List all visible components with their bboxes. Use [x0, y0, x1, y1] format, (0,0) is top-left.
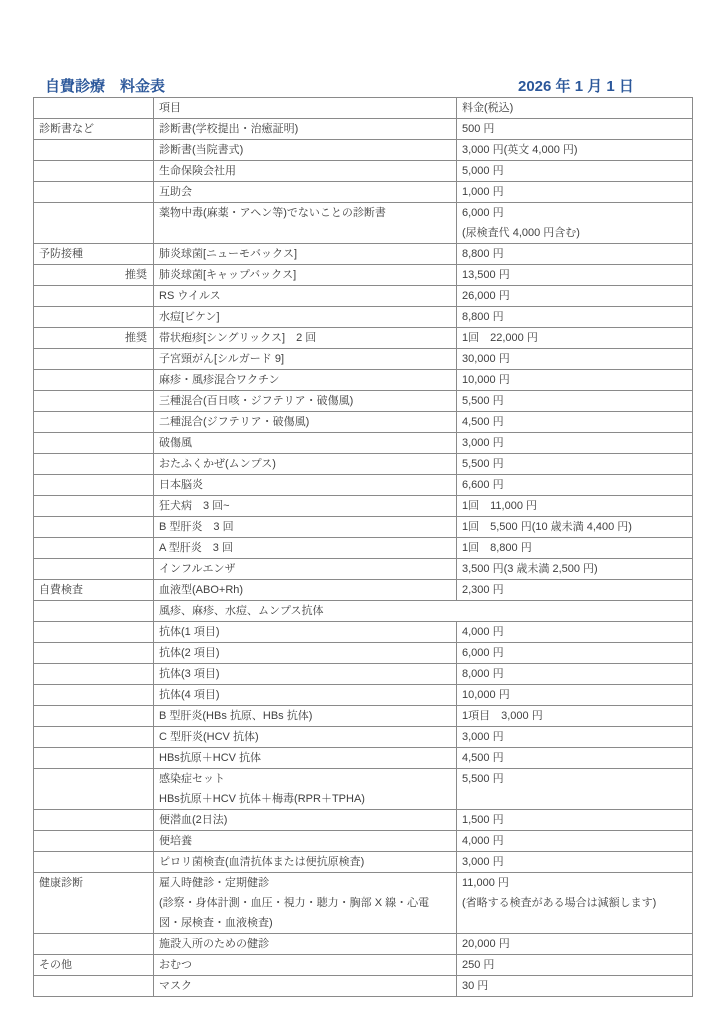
table-row: 水痘[ビケン]8,800 円	[34, 307, 693, 328]
fee-table-body: 項目 料金(税込) 診断書など診断書(学校提出・治癒証明)500 円診断書(当院…	[34, 98, 693, 997]
item-cell: 便潜血(2日法)	[154, 810, 457, 831]
price-cell: 5,000 円	[457, 161, 693, 182]
table-row: 推奨肺炎球菌[キャップバックス]13,500 円	[34, 265, 693, 286]
item-cell: 抗体(2 項目)	[154, 643, 457, 664]
item-cell: HBs抗原＋HCV 抗体	[154, 748, 457, 769]
table-row: 抗体(1 項目)4,000 円	[34, 622, 693, 643]
item-cell: 日本脳炎	[154, 475, 457, 496]
item-cell: B 型肝炎 3 回	[154, 517, 457, 538]
table-row: 便潜血(2日法)1,500 円	[34, 810, 693, 831]
price-cell: 6,000 円 (尿検査代 4,000 円含む)	[457, 203, 693, 244]
item-cell: 感染症セット HBs抗原＋HCV 抗体＋梅毒(RPR＋TPHA)	[154, 769, 457, 810]
table-row: B 型肝炎 3 回1回 5,500 円(10 歳未満 4,400 円)	[34, 517, 693, 538]
category-cell	[34, 706, 154, 727]
price-cell: 13,500 円	[457, 265, 693, 286]
price-cell: 1回 5,500 円(10 歳未満 4,400 円)	[457, 517, 693, 538]
price-cell: 1回 8,800 円	[457, 538, 693, 559]
item-cell: 子宮頸がん[シルガード 9]	[154, 349, 457, 370]
item-cell: 生命保険会社用	[154, 161, 457, 182]
category-cell	[34, 140, 154, 161]
price-cell: 10,000 円	[457, 685, 693, 706]
item-cell: 診断書(学校提出・治癒証明)	[154, 119, 457, 140]
table-row: HBs抗原＋HCV 抗体4,500 円	[34, 748, 693, 769]
category-cell	[34, 601, 154, 622]
item-cell: マスク	[154, 976, 457, 997]
table-row: 薬物中毒(麻薬・アヘン等)でないことの診断書6,000 円 (尿検査代 4,00…	[34, 203, 693, 244]
table-row: 抗体(2 項目)6,000 円	[34, 643, 693, 664]
price-cell: 26,000 円	[457, 286, 693, 307]
price-cell: 250 円	[457, 955, 693, 976]
table-row: 二種混合(ジフテリア・破傷風)4,500 円	[34, 412, 693, 433]
table-row: 破傷風3,000 円	[34, 433, 693, 454]
price-header-cell: 料金(税込)	[457, 98, 693, 119]
price-cell: 1,500 円	[457, 810, 693, 831]
table-row: 三種混合(百日咳・ジフテリア・破傷風)5,500 円	[34, 391, 693, 412]
table-row: 日本脳炎6,600 円	[34, 475, 693, 496]
item-cell: 抗体(4 項目)	[154, 685, 457, 706]
category-cell	[34, 433, 154, 454]
item-cell: 診断書(当院書式)	[154, 140, 457, 161]
category-cell	[34, 727, 154, 748]
item-cell: おむつ	[154, 955, 457, 976]
category-cell	[34, 349, 154, 370]
price-cell: 30 円	[457, 976, 693, 997]
category-cell	[34, 685, 154, 706]
table-row: RS ウイルス26,000 円	[34, 286, 693, 307]
category-cell	[34, 934, 154, 955]
category-cell	[34, 412, 154, 433]
price-cell: 30,000 円	[457, 349, 693, 370]
table-row: A 型肝炎 3 回1回 8,800 円	[34, 538, 693, 559]
price-cell: 3,000 円	[457, 433, 693, 454]
price-cell: 20,000 円	[457, 934, 693, 955]
table-row: C 型肝炎(HCV 抗体)3,000 円	[34, 727, 693, 748]
table-row: その他おむつ250 円	[34, 955, 693, 976]
table-row: ピロリ菌検査(血清抗体または便抗原検査)3,000 円	[34, 852, 693, 873]
price-cell: 4,500 円	[457, 748, 693, 769]
price-cell: 8,800 円	[457, 244, 693, 265]
category-cell	[34, 370, 154, 391]
category-cell: その他	[34, 955, 154, 976]
item-cell: 肺炎球菌[キャップバックス]	[154, 265, 457, 286]
price-cell: 3,000 円	[457, 727, 693, 748]
item-cell: 風疹、麻疹、水痘、ムンプス抗体	[154, 601, 693, 622]
category-cell	[34, 496, 154, 517]
table-row: 推奨帯状疱疹[シングリックス] 2 回1回 22,000 円	[34, 328, 693, 349]
category-cell	[34, 559, 154, 580]
category-cell: 健康診断	[34, 873, 154, 934]
recommend-tag-cell: 推奨	[34, 328, 154, 349]
table-row: マスク30 円	[34, 976, 693, 997]
item-cell: 抗体(1 項目)	[154, 622, 457, 643]
category-cell	[34, 852, 154, 873]
category-cell	[34, 391, 154, 412]
item-cell: RS ウイルス	[154, 286, 457, 307]
category-header-cell	[34, 98, 154, 119]
price-cell: 11,000 円 (省略する検査がある場合は減額します)	[457, 873, 693, 934]
item-cell: 施設入所のための健診	[154, 934, 457, 955]
item-header-cell: 項目	[154, 98, 457, 119]
item-cell: インフルエンザ	[154, 559, 457, 580]
table-row: 抗体(4 項目)10,000 円	[34, 685, 693, 706]
table-row: 風疹、麻疹、水痘、ムンプス抗体	[34, 601, 693, 622]
price-cell: 3,500 円(3 歳未満 2,500 円)	[457, 559, 693, 580]
price-cell: 4,000 円	[457, 831, 693, 852]
category-cell	[34, 538, 154, 559]
item-cell: 薬物中毒(麻薬・アヘン等)でないことの診断書	[154, 203, 457, 244]
item-cell: おたふくかぜ(ムンプス)	[154, 454, 457, 475]
item-cell: 水痘[ビケン]	[154, 307, 457, 328]
price-cell: 1,000 円	[457, 182, 693, 203]
category-cell	[34, 161, 154, 182]
price-cell: 8,000 円	[457, 664, 693, 685]
category-cell	[34, 976, 154, 997]
price-cell: 8,800 円	[457, 307, 693, 328]
table-row: B 型肝炎(HBs 抗原、HBs 抗体)1項目 3,000 円	[34, 706, 693, 727]
price-cell: 10,000 円	[457, 370, 693, 391]
category-cell: 自費検査	[34, 580, 154, 601]
item-cell: 狂犬病 3 回~	[154, 496, 457, 517]
price-cell: 6,600 円	[457, 475, 693, 496]
category-cell	[34, 622, 154, 643]
category-cell	[34, 182, 154, 203]
table-row: 抗体(3 項目)8,000 円	[34, 664, 693, 685]
category-cell	[34, 748, 154, 769]
table-row: 診断書(当院書式)3,000 円(英文 4,000 円)	[34, 140, 693, 161]
item-cell: 血液型(ABO+Rh)	[154, 580, 457, 601]
category-cell	[34, 831, 154, 852]
category-cell	[34, 810, 154, 831]
table-row: 狂犬病 3 回~1回 11,000 円	[34, 496, 693, 517]
table-row: インフルエンザ3,500 円(3 歳未満 2,500 円)	[34, 559, 693, 580]
table-row: 診断書など診断書(学校提出・治癒証明)500 円	[34, 119, 693, 140]
price-cell: 6,000 円	[457, 643, 693, 664]
price-cell: 5,500 円	[457, 769, 693, 810]
item-cell: 互助会	[154, 182, 457, 203]
item-cell: 肺炎球菌[ニューモバックス]	[154, 244, 457, 265]
item-cell: C 型肝炎(HCV 抗体)	[154, 727, 457, 748]
item-cell: 雇入時健診・定期健診 (診察・身体計測・血圧・視力・聴力・胸部 X 線・心電図・…	[154, 873, 457, 934]
price-cell: 5,500 円	[457, 454, 693, 475]
table-row: 便培養4,000 円	[34, 831, 693, 852]
page-date: 2026 年 1 月 1 日	[518, 75, 634, 96]
price-cell: 2,300 円	[457, 580, 693, 601]
price-cell: 5,500 円	[457, 391, 693, 412]
category-cell	[34, 475, 154, 496]
item-cell: 帯状疱疹[シングリックス] 2 回	[154, 328, 457, 349]
table-row: 生命保険会社用5,000 円	[34, 161, 693, 182]
category-cell: 予防接種	[34, 244, 154, 265]
item-cell: 三種混合(百日咳・ジフテリア・破傷風)	[154, 391, 457, 412]
item-cell: ピロリ菌検査(血清抗体または便抗原検査)	[154, 852, 457, 873]
item-cell: 二種混合(ジフテリア・破傷風)	[154, 412, 457, 433]
table-row: 麻疹・風疹混合ワクチン10,000 円	[34, 370, 693, 391]
table-header-row: 項目 料金(税込)	[34, 98, 693, 119]
item-cell: 便培養	[154, 831, 457, 852]
item-cell: 破傷風	[154, 433, 457, 454]
table-row: 互助会1,000 円	[34, 182, 693, 203]
category-cell: 診断書など	[34, 119, 154, 140]
price-cell: 1回 22,000 円	[457, 328, 693, 349]
price-cell: 500 円	[457, 119, 693, 140]
table-row: 子宮頸がん[シルガード 9]30,000 円	[34, 349, 693, 370]
recommend-tag-cell: 推奨	[34, 265, 154, 286]
category-cell	[34, 769, 154, 810]
page-title: 自費診療 料金表	[45, 75, 165, 96]
table-row: 施設入所のための健診20,000 円	[34, 934, 693, 955]
category-cell	[34, 286, 154, 307]
category-cell	[34, 307, 154, 328]
price-cell: 1回 11,000 円	[457, 496, 693, 517]
table-row: 健康診断雇入時健診・定期健診 (診察・身体計測・血圧・視力・聴力・胸部 X 線・…	[34, 873, 693, 934]
price-cell: 3,000 円(英文 4,000 円)	[457, 140, 693, 161]
price-cell: 4,500 円	[457, 412, 693, 433]
table-row: 自費検査血液型(ABO+Rh)2,300 円	[34, 580, 693, 601]
table-row: 感染症セット HBs抗原＋HCV 抗体＋梅毒(RPR＋TPHA)5,500 円	[34, 769, 693, 810]
category-cell	[34, 203, 154, 244]
table-row: 予防接種肺炎球菌[ニューモバックス]8,800 円	[34, 244, 693, 265]
item-cell: 抗体(3 項目)	[154, 664, 457, 685]
item-cell: B 型肝炎(HBs 抗原、HBs 抗体)	[154, 706, 457, 727]
fee-table: 項目 料金(税込) 診断書など診断書(学校提出・治癒証明)500 円診断書(当院…	[33, 97, 693, 997]
category-cell	[34, 643, 154, 664]
price-cell: 3,000 円	[457, 852, 693, 873]
item-cell: 麻疹・風疹混合ワクチン	[154, 370, 457, 391]
category-cell	[34, 664, 154, 685]
category-cell	[34, 517, 154, 538]
item-cell: A 型肝炎 3 回	[154, 538, 457, 559]
price-cell: 1項目 3,000 円	[457, 706, 693, 727]
document-page: 自費診療 料金表 2026 年 1 月 1 日 項目 料金(税込) 診断書など診…	[0, 0, 724, 1024]
price-cell: 4,000 円	[457, 622, 693, 643]
category-cell	[34, 454, 154, 475]
table-row: おたふくかぜ(ムンプス)5,500 円	[34, 454, 693, 475]
